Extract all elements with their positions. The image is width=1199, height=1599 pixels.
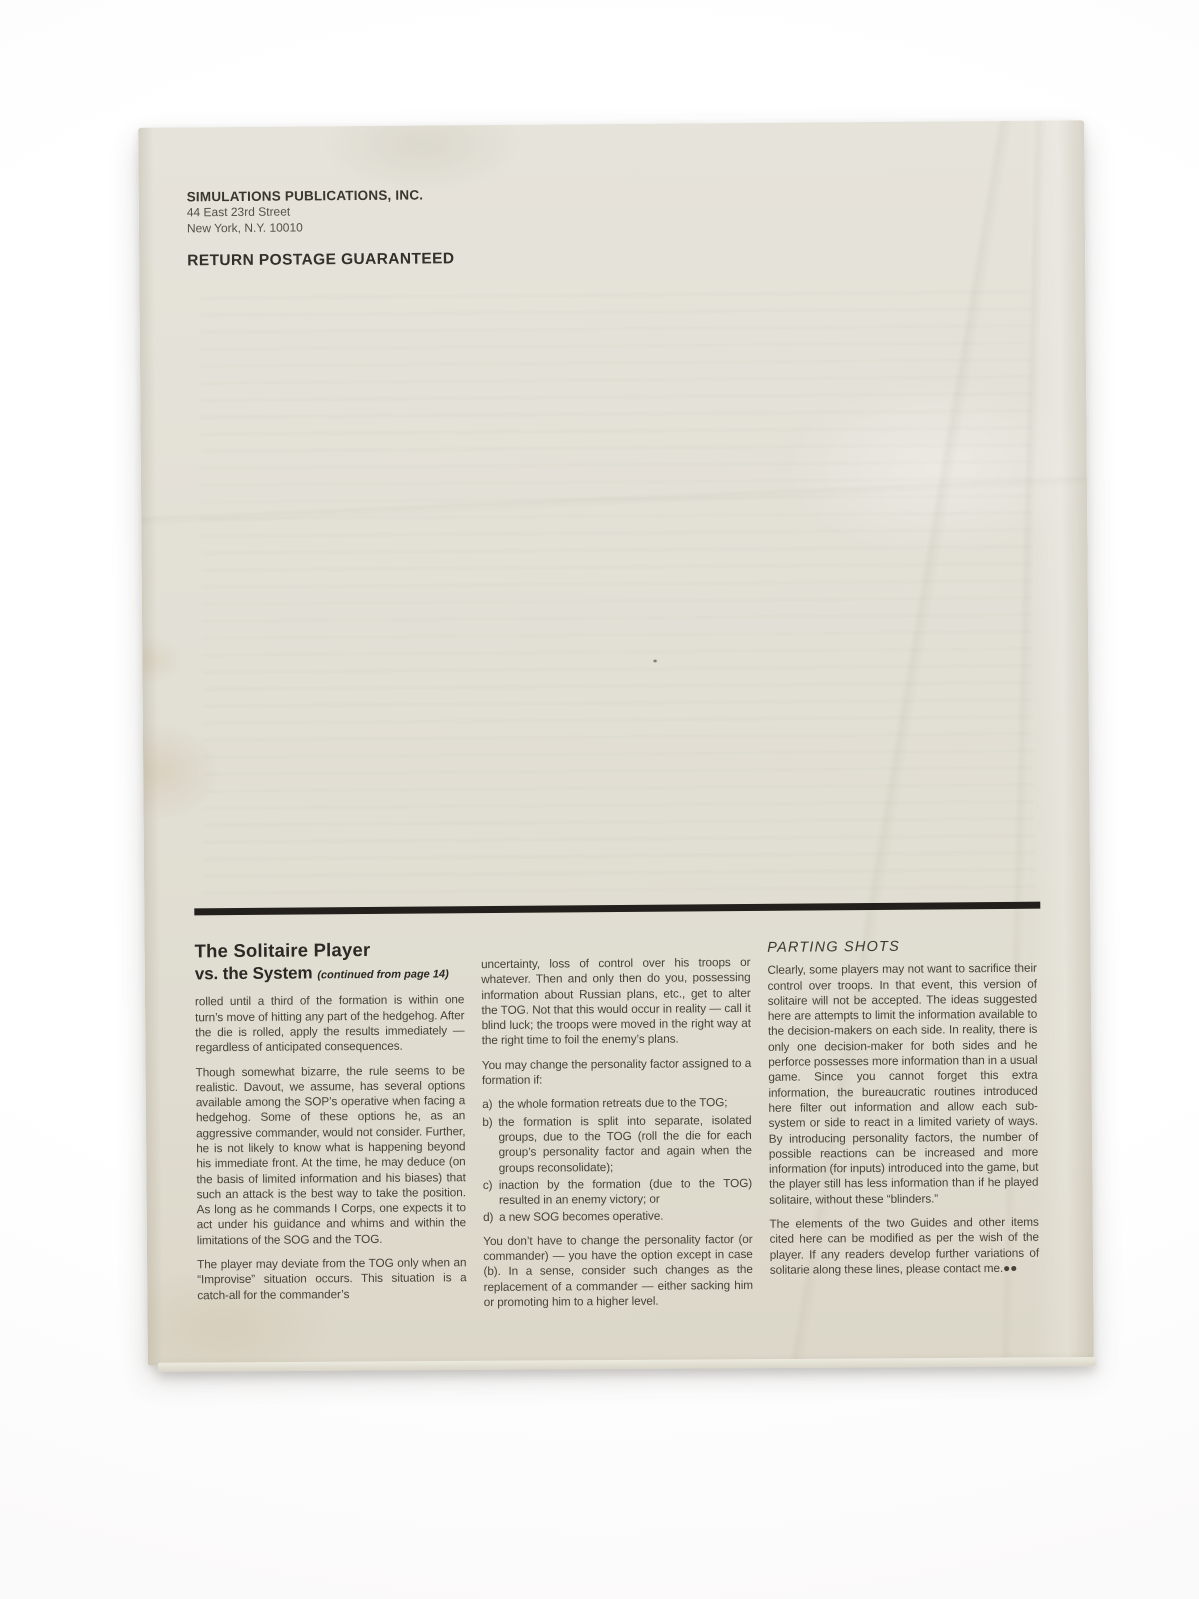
publisher-city: New York, N.Y. 10010: [187, 218, 454, 236]
article: The Solitaire Player vs. the System (con…: [195, 934, 1040, 1322]
list-item-d: d) a new SOG becomes operative.: [483, 1208, 752, 1225]
article-title-line1: The Solitaire Player: [195, 939, 371, 961]
magazine-back-page: SIMULATIONS PUBLICATIONS, INC. 44 East 2…: [138, 120, 1094, 1365]
list-label: d): [483, 1210, 499, 1225]
paragraph: The player may deviate from the TOG only…: [197, 1255, 467, 1303]
parting-shots-heading: PARTING SHOTS: [767, 939, 1036, 956]
list-text: the whole formation retreats due to the …: [498, 1095, 751, 1112]
paragraph: rolled until a third of the formation is…: [195, 993, 465, 1056]
paragraph: You may change the personality factor as…: [482, 1056, 752, 1089]
paragraph: You don’t have to change the personality…: [483, 1232, 753, 1311]
article-title-line2: vs. the System: [195, 963, 313, 983]
list-item-a: a) the whole formation retreats due to t…: [482, 1095, 751, 1112]
list-label: a): [482, 1097, 498, 1112]
article-column-1: The Solitaire Player vs. the System (con…: [195, 938, 467, 1321]
article-column-3: PARTING SHOTS Clearly, some players may …: [767, 934, 1039, 1317]
list-item-c: c) inaction by the formation (due to the…: [483, 1176, 753, 1209]
paragraph: The elements of the two Guides and other…: [769, 1215, 1039, 1278]
article-divider-rule: [194, 902, 1040, 916]
return-postage-notice: RETURN POSTAGE GUARANTEED: [187, 250, 454, 270]
paragraph: Though somewhat bizarre, the rule seems …: [196, 1063, 467, 1249]
list-text: inaction by the formation (due to the TO…: [499, 1176, 753, 1209]
publisher-name: SIMULATIONS PUBLICATIONS, INC.: [187, 187, 454, 204]
article-title: The Solitaire Player vs. the System (con…: [195, 938, 465, 984]
paragraph: Clearly, some players may not want to sa…: [767, 961, 1038, 1208]
reverse-print-show-through: [199, 291, 1035, 898]
list-label: c): [483, 1178, 499, 1209]
photo-background: SIMULATIONS PUBLICATIONS, INC. 44 East 2…: [0, 0, 1199, 1599]
publisher-address-block: SIMULATIONS PUBLICATIONS, INC. 44 East 2…: [187, 187, 455, 270]
paragraph: uncertainty, loss of control over his tr…: [481, 955, 751, 1049]
list-text: a new SOG becomes operative.: [499, 1208, 752, 1225]
list-label: b): [482, 1115, 498, 1176]
article-continuation-note: (continued from page 14): [317, 968, 448, 981]
list-item-b: b) the formation is split into separate,…: [482, 1113, 752, 1176]
list-text: the formation is split into separate, is…: [498, 1113, 752, 1176]
article-column-2: uncertainty, loss of control over his tr…: [481, 936, 753, 1319]
